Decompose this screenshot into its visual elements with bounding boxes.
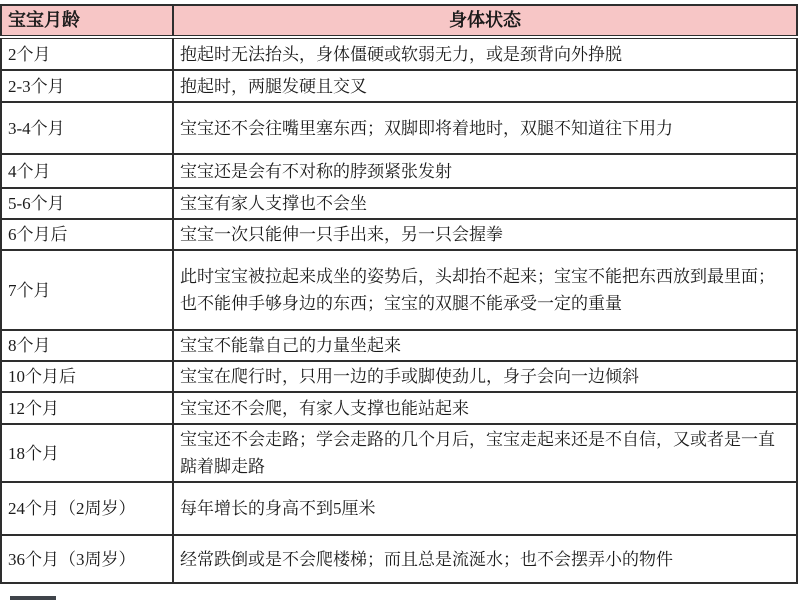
table-row: 7个月 此时宝宝被拉起来成坐的姿势后，头却抬不起来；宝宝不能把东西放到最里面；也… <box>1 250 797 330</box>
table-row: 18个月 宝宝还不会走路；学会走路的几个月后，宝宝走起来还是不自信，又或者是一直… <box>1 424 797 482</box>
age-cell: 12个月 <box>1 392 173 424</box>
table-row: 2-3个月 抱起时，两腿发硬且交叉 <box>1 70 797 102</box>
state-cell: 抱起时，两腿发硬且交叉 <box>173 70 797 102</box>
table-row: 10个月后 宝宝在爬行时，只用一边的手或脚使劲儿，身子会向一边倾斜 <box>1 361 797 392</box>
table-row: 6个月后 宝宝一次只能伸一只手出来，另一只会握拳 <box>1 219 797 250</box>
table-row: 24个月（2周岁） 每年增长的身高不到5厘米 <box>1 482 797 535</box>
age-cell: 2-3个月 <box>1 70 173 102</box>
state-cell: 宝宝还是会有不对称的脖颈紧张发射 <box>173 154 797 188</box>
state-cell: 宝宝在爬行时，只用一边的手或脚使劲儿，身子会向一边倾斜 <box>173 361 797 392</box>
age-cell: 2个月 <box>1 37 173 70</box>
age-cell: 3-4个月 <box>1 102 173 154</box>
baby-milestones-table: 宝宝月龄 身体状态 2个月 抱起时无法抬头，身体僵硬或软弱无力，或是颈背向外挣脱… <box>0 4 798 584</box>
state-cell: 宝宝有家人支撑也不会坐 <box>173 188 797 219</box>
age-cell: 6个月后 <box>1 219 173 250</box>
state-column-header: 身体状态 <box>173 5 797 37</box>
state-cell: 宝宝一次只能伸一只手出来，另一只会握拳 <box>173 219 797 250</box>
state-cell: 每年增长的身高不到5厘米 <box>173 482 797 535</box>
state-cell: 宝宝还不会走路；学会走路的几个月后，宝宝走起来还是不自信，又或者是一直踮着脚走路 <box>173 424 797 482</box>
table-row: 5-6个月 宝宝有家人支撑也不会坐 <box>1 188 797 219</box>
table-row: 8个月 宝宝不能靠自己的力量坐起来 <box>1 330 797 361</box>
table-row: 36个月（3周岁） 经常跌倒或是不会爬楼梯；而且总是流涎水；也不会摆弄小的物件 <box>1 535 797 583</box>
state-cell: 宝宝不能靠自己的力量坐起来 <box>173 330 797 361</box>
state-cell: 宝宝还不会爬，有家人支撑也能站起来 <box>173 392 797 424</box>
age-cell: 8个月 <box>1 330 173 361</box>
age-cell: 4个月 <box>1 154 173 188</box>
age-cell: 5-6个月 <box>1 188 173 219</box>
table-row: 12个月 宝宝还不会爬，有家人支撑也能站起来 <box>1 392 797 424</box>
age-cell: 18个月 <box>1 424 173 482</box>
table-row: 2个月 抱起时无法抬头，身体僵硬或软弱无力，或是颈背向外挣脱 <box>1 37 797 70</box>
table-row: 4个月 宝宝还是会有不对称的脖颈紧张发射 <box>1 154 797 188</box>
state-cell: 宝宝还不会往嘴里塞东西；双脚即将着地时，双腿不知道往下用力 <box>173 102 797 154</box>
age-cell: 24个月（2周岁） <box>1 482 173 535</box>
state-cell: 此时宝宝被拉起来成坐的姿势后，头却抬不起来；宝宝不能把东西放到最里面；也不能伸手… <box>173 250 797 330</box>
header-row: 宝宝月龄 身体状态 <box>1 5 797 37</box>
age-column-header: 宝宝月龄 <box>1 5 173 37</box>
bottom-left-edge-bar <box>10 596 56 600</box>
state-cell: 经常跌倒或是不会爬楼梯；而且总是流涎水；也不会摆弄小的物件 <box>173 535 797 583</box>
table-row: 3-4个月 宝宝还不会往嘴里塞东西；双脚即将着地时，双腿不知道往下用力 <box>1 102 797 154</box>
age-cell: 10个月后 <box>1 361 173 392</box>
age-cell: 36个月（3周岁） <box>1 535 173 583</box>
state-cell: 抱起时无法抬头，身体僵硬或软弱无力，或是颈背向外挣脱 <box>173 37 797 70</box>
age-cell: 7个月 <box>1 250 173 330</box>
